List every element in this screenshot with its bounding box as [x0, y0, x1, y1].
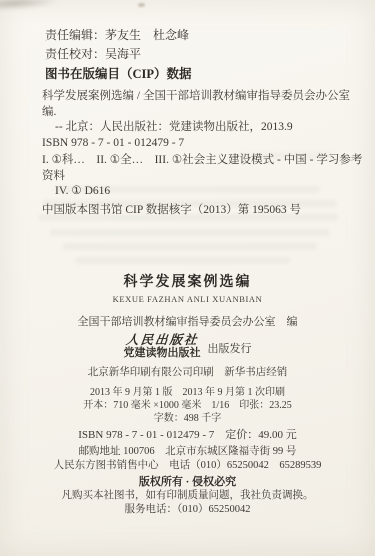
- quality-exchange-notice: 凡购买本社图书，如有印制质量问题，我社负责调换。: [0, 489, 375, 503]
- book-title-pinyin: KEXUE FAZHAN ANLI XUANBIAN: [0, 294, 375, 305]
- mail-order-address-line: 邮购地址 100706 北京市东城区隆福寺街 99 号: [0, 445, 375, 459]
- word-count-line: 字数：498 千字: [0, 412, 375, 425]
- showthrough-ghost: [50, 229, 330, 236]
- responsible-editor-line: 责任编辑：茅友生 杜念峰: [45, 26, 189, 45]
- cip-place-line: -- 北京：人民出版社：党建读物出版社，2013.9: [42, 120, 364, 136]
- isbn-price-line: ISBN 978 - 7 - 01 - 012479 - 7 定价：49.00 …: [0, 428, 375, 442]
- scan-speck: [138, 3, 145, 7]
- format-sheets-line: 开本：710 毫米 ×1000 毫米 1/16 印张：23.25: [0, 399, 375, 412]
- book-title: 科学发展案例选编: [0, 274, 375, 291]
- proofreader-line: 责任校对：吴海平: [45, 45, 189, 64]
- publisher-secondary: 党建读物出版社: [124, 347, 201, 359]
- sales-center-phone-line: 人民东方图书销售中心 电话（010）65250042 65289539: [0, 459, 375, 473]
- scan-smudge: [0, 0, 60, 11]
- colophon-block: 科学发展案例选编 KEXUE FAZHAN ANLI XUANBIAN 全国干部…: [0, 274, 375, 517]
- cip-entry-line: 科学发展案例选编 / 全国干部培训教材编审指导委员会办公室 编.: [42, 89, 364, 120]
- printer-distributor-line: 北京新华印刷有限公司印刷 新华书店经销: [0, 366, 375, 380]
- copyright-notice: 版权所有 · 侵权必究: [0, 475, 375, 489]
- editor-committee-line: 全国干部培训教材编审指导委员会办公室 编: [0, 315, 375, 329]
- showthrough-ghost: [55, 186, 320, 193]
- showthrough-ghost: [75, 257, 290, 264]
- cip-heading: 图书在版编目（CIP）数据: [45, 66, 364, 83]
- showthrough-ghost: [240, 152, 335, 159]
- publisher-main-logo: 人民出版社: [125, 334, 199, 347]
- publisher-block: 人民出版社 党建读物出版社 出版发行: [124, 334, 252, 359]
- showthrough-ghost: [42, 200, 337, 207]
- book-copyright-page: 责任编辑：茅友生 杜念峰 责任校对：吴海平 图书在版编目（CIP）数据 科学发展…: [0, 0, 375, 556]
- publisher-role-label: 出版发行: [208, 337, 252, 356]
- cip-isbn-line: ISBN 978 - 7 - 01 - 012479 - 7: [42, 136, 364, 152]
- service-phone-line: 服务电话：（010）65250042: [0, 503, 375, 517]
- showthrough-ghost: [38, 214, 338, 221]
- cip-block: 图书在版编目（CIP）数据 科学发展案例选编 / 全国干部培训教材编审指导委员会…: [42, 66, 364, 218]
- showthrough-ghost: [62, 243, 317, 250]
- edition-printing-line: 2013 年 9 月第 1 版 2013 年 9 月第 1 次印刷: [0, 386, 375, 399]
- staff-credits: 责任编辑：茅友生 杜念峰 责任校对：吴海平: [45, 26, 189, 64]
- publisher-names: 人民出版社 党建读物出版社: [124, 334, 201, 359]
